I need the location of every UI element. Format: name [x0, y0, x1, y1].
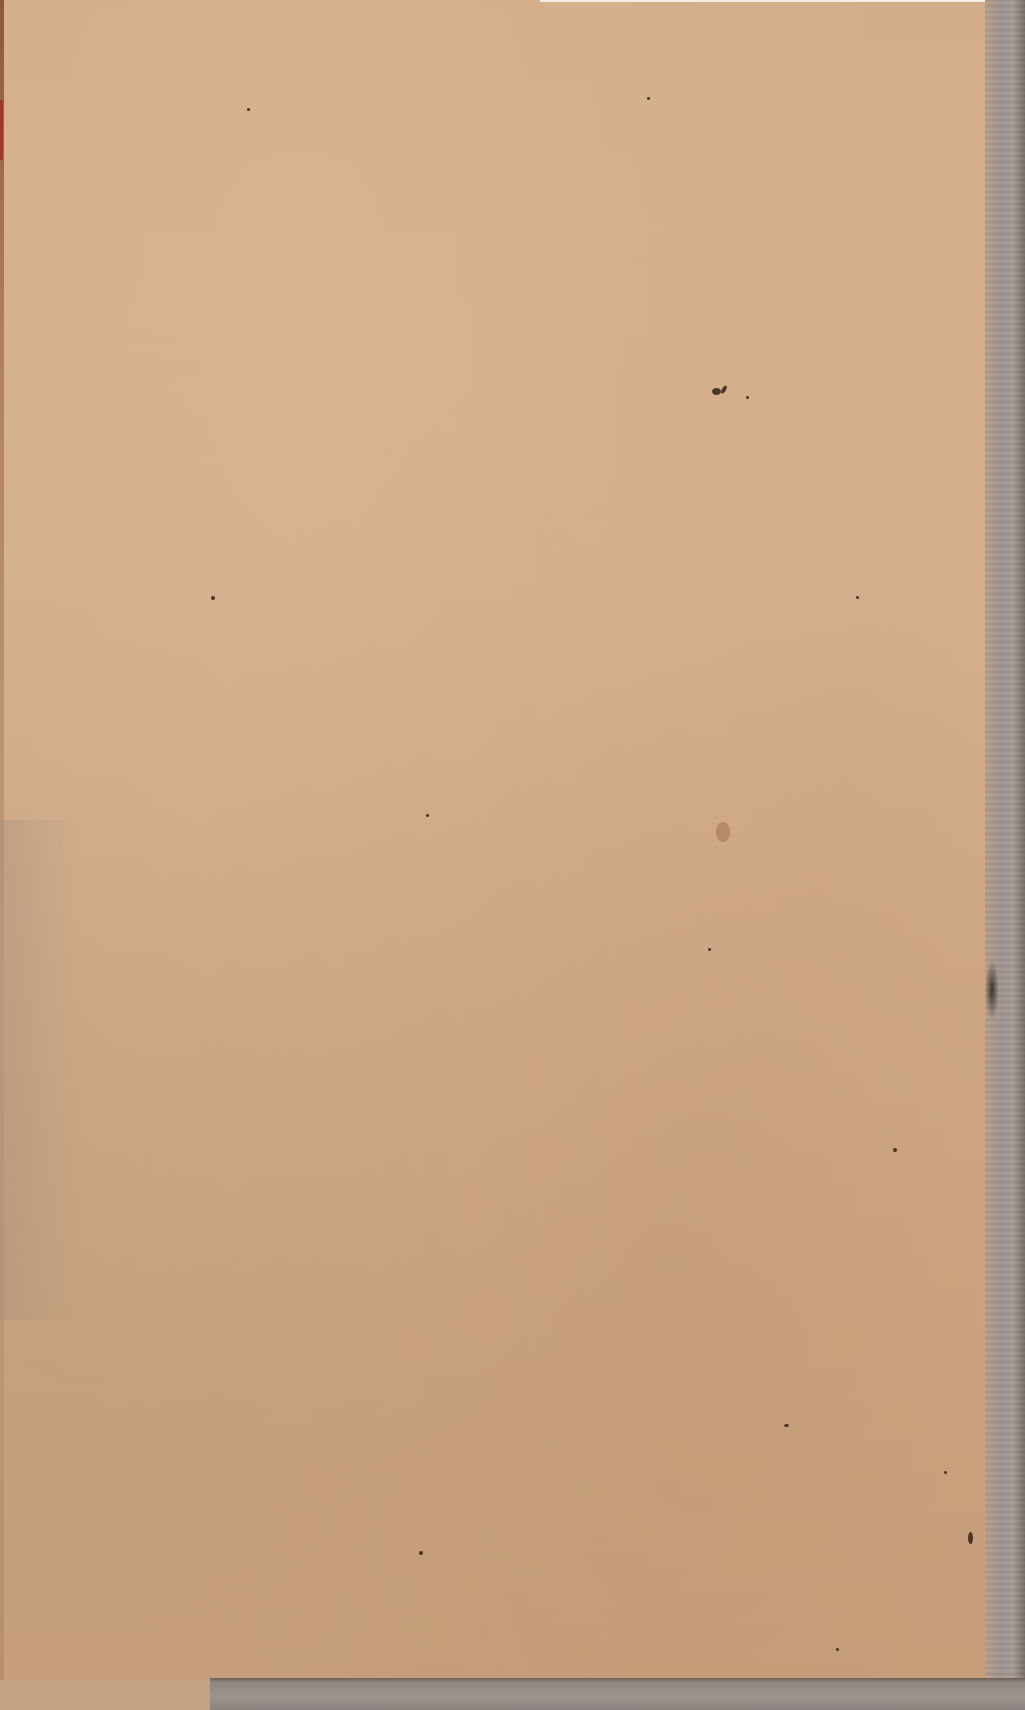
left-discoloration	[0, 820, 80, 1320]
ink-blot	[712, 388, 721, 395]
speck	[708, 948, 711, 951]
top-edge	[540, 0, 1000, 2]
foxing-spot	[716, 822, 730, 842]
speck	[856, 596, 859, 599]
speck	[944, 1471, 947, 1474]
speck	[836, 1648, 839, 1651]
bottom-edge-strip	[210, 1678, 1025, 1710]
speck	[968, 1532, 973, 1544]
speck	[893, 1148, 897, 1152]
speck	[426, 814, 429, 817]
scanned-page	[0, 0, 1025, 1710]
bottom-margin	[0, 1680, 210, 1710]
speck	[419, 1551, 423, 1555]
speck	[247, 108, 250, 111]
speck	[784, 1424, 789, 1427]
paper-surface	[0, 0, 1000, 1680]
speck	[746, 396, 749, 399]
speck	[647, 97, 650, 100]
red-stain	[0, 100, 3, 160]
fore-edge	[985, 0, 1025, 1690]
fore-edge-damage	[985, 960, 999, 1020]
speck	[211, 596, 215, 600]
